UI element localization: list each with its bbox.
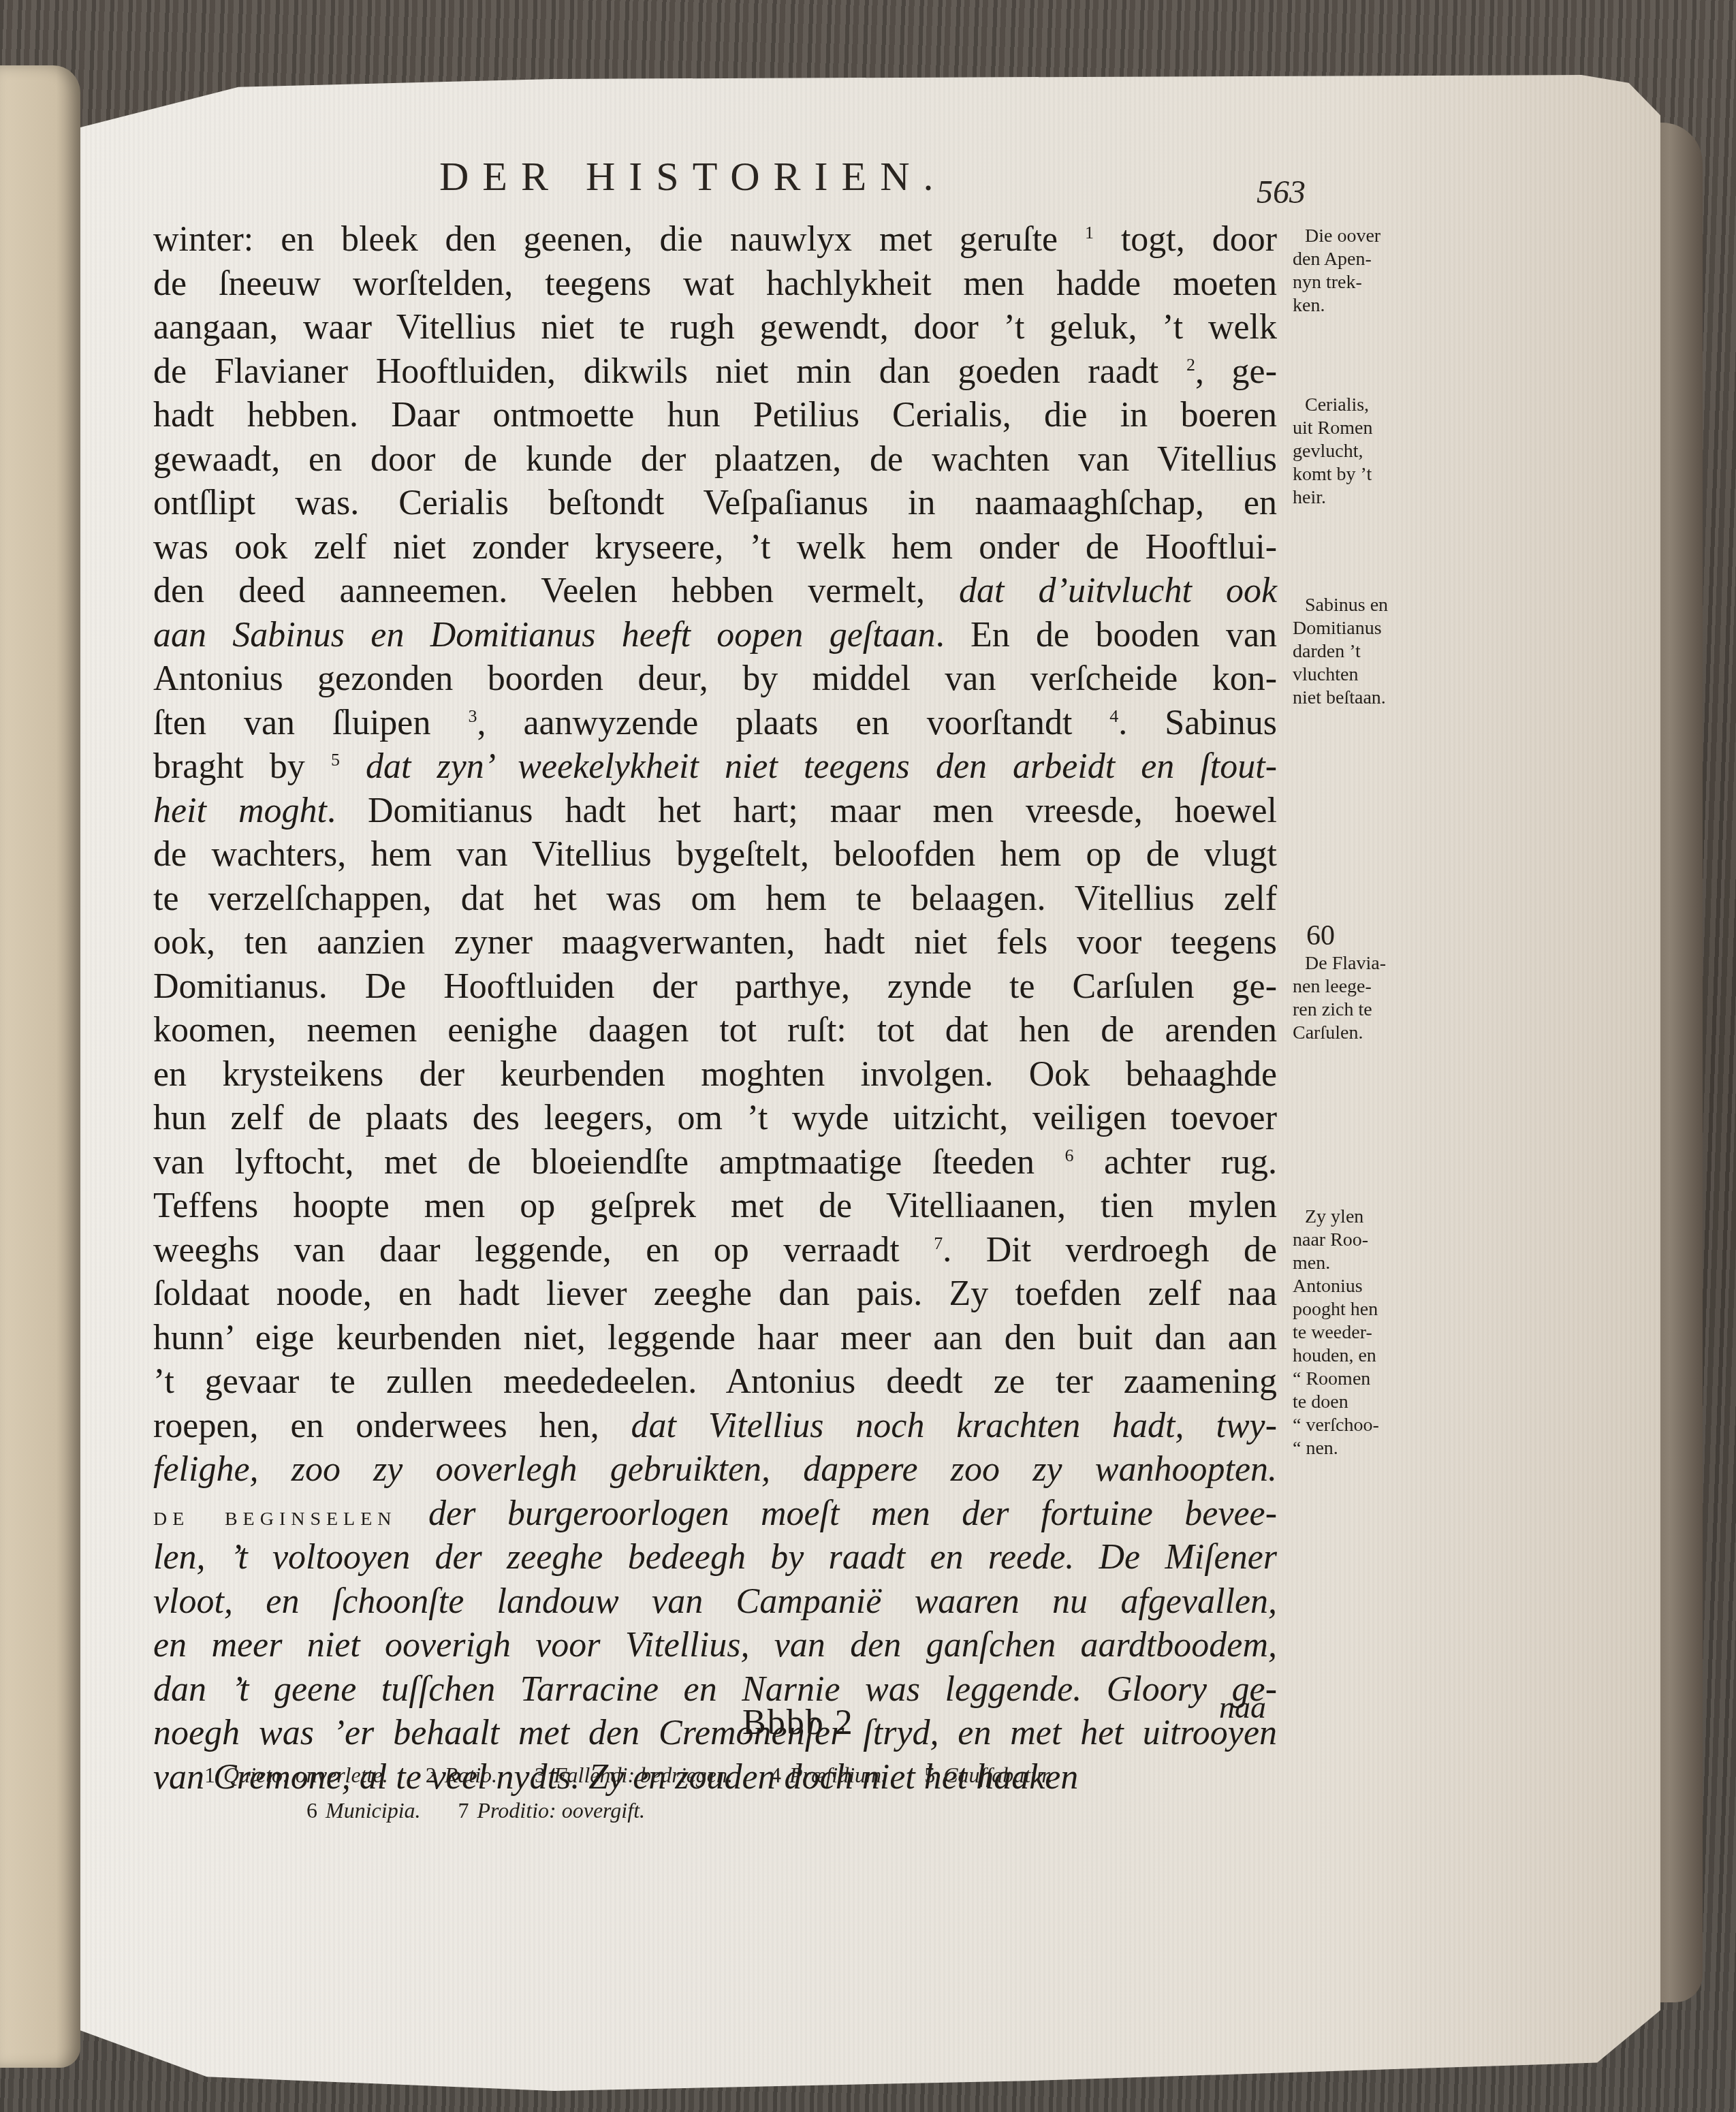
text-run: was ook zelf niet zonder kryseere, ’t we… — [153, 528, 1277, 567]
text-line: ook, ten aanzien zyner maagverwanten, ha… — [153, 921, 1277, 965]
text-run: len, ’t voltooyen der zeeghe bedeegh by … — [153, 1538, 1277, 1577]
text-run: achter rug. — [1074, 1143, 1277, 1182]
text-run: heit moght — [153, 791, 327, 830]
text-run: . En de booden van — [936, 616, 1277, 655]
margin-note: Cerialis,uit Romengevlucht,komt by ’thei… — [1293, 394, 1456, 509]
margin-note: Zy ylennaar Roo-men.Antoniuspooght hente… — [1293, 1205, 1456, 1460]
text-run: de Flavianer Hooftluiden, dikwils niet m… — [153, 352, 1186, 391]
text-line: Antonius gezonden boorden deur, by midde… — [153, 657, 1277, 702]
text-line: braght by 5 dat zyn’ weekelykheit niet t… — [153, 745, 1277, 789]
footnote-text: Municipia. — [326, 1798, 421, 1823]
text-run: de ſneeuw worſtelden, teegens wat hachly… — [153, 264, 1277, 303]
margin-note-line: vluchten — [1293, 663, 1456, 687]
text-run: felighe, zoo zy ooverlegh gebruikten, da… — [153, 1450, 1277, 1489]
text-run: braght by — [153, 747, 331, 786]
text-line: ſoldaat noode, en hadt liever zeeghe dan… — [153, 1272, 1277, 1317]
footnote-ref: 1 — [1085, 223, 1094, 242]
margin-note-line: niet beſtaan. — [1293, 687, 1456, 710]
footnote-text: Quieto: onverlette. — [223, 1763, 388, 1787]
text-run: ook, ten aanzien zyner maagverwanten, ha… — [153, 923, 1277, 962]
footnotes: 1Quieto: onverlette.2Ratio.3Fallendi: be… — [204, 1757, 1294, 1828]
margin-note: 60De Flavia-nen leege-ren zich teCarſule… — [1293, 919, 1456, 1045]
text-run: Domitianus. De Hooftluiden der parthye, … — [153, 967, 1277, 1006]
text-run: de wachters, hem van Vitellius bygeſtelt… — [153, 835, 1277, 874]
margin-note-line: heir. — [1293, 486, 1456, 509]
footnote-number: 2 — [426, 1763, 437, 1787]
footnote-ref: 4 — [1109, 706, 1118, 726]
text-run: hun zelf de plaats des leegers, om ’t wy… — [153, 1099, 1277, 1137]
margin-note-line: komt by ’t — [1293, 463, 1456, 486]
text-run: der burgeroorlogen moeſt men der fortuin… — [397, 1494, 1277, 1533]
text-run: ſten van ſluipen — [153, 704, 468, 742]
text-line: den deed aanneemen. Veelen hebben vermel… — [153, 569, 1277, 614]
text-run: dan ’t geene tuſſchen Tarracine en Narni… — [153, 1670, 1277, 1709]
footnote-ref: 7 — [934, 1233, 943, 1253]
text-line: felighe, zoo zy ooverlegh gebruikten, da… — [153, 1448, 1277, 1492]
footnote-number: 4 — [770, 1763, 781, 1787]
margin-note-line: Antonius — [1293, 1275, 1456, 1298]
text-line: en krysteikens der keurbenden moghten in… — [153, 1053, 1277, 1097]
footnote: 5Cauſſabatur. — [924, 1757, 1053, 1793]
margin-note-line: Zy ylen — [1293, 1205, 1456, 1229]
text-line: hunn’ eige keurbenden niet, leggende haa… — [153, 1317, 1277, 1361]
text-run: , ge- — [1195, 352, 1277, 391]
footnote-text: Proditio: oovergift. — [477, 1798, 645, 1823]
body-text: winter: en bleek den geenen, die nauwlyx… — [153, 218, 1277, 1799]
text-run: Antonius gezonden boorden deur, by midde… — [153, 659, 1277, 698]
text-line: heit moght. Domitianus hadt het hart; ma… — [153, 789, 1277, 834]
text-run: hadt hebben. Daar ontmoette hun Petilius… — [153, 396, 1277, 435]
text-run: winter: en bleek den geenen, die nauwlyx… — [153, 220, 1085, 259]
footnote-ref: 5 — [331, 750, 340, 770]
text-line: de wachters, hem van Vitellius bygeſtelt… — [153, 833, 1277, 877]
text-line: was ook zelf niet zonder kryseere, ’t we… — [153, 526, 1277, 570]
footnote: 2Ratio. — [426, 1757, 497, 1793]
text-run: Teffens hoopte men op geſprek met de Vit… — [153, 1186, 1277, 1225]
chapter-number: 60 — [1293, 919, 1456, 952]
margin-note-line: “ Roomen — [1293, 1368, 1456, 1391]
text-run: vloot, en ſchoonſte landouw van Campanië… — [153, 1582, 1277, 1621]
text-run: dat zyn’ weekelykheit niet teegens den a… — [340, 747, 1277, 786]
text-run: ’t gevaar te zullen meededeelen. Antoniu… — [153, 1362, 1277, 1401]
text-run: dat Vitellius noch krachten hadt, twy- — [631, 1406, 1277, 1445]
margin-note-line: den Apen- — [1293, 248, 1456, 271]
text-run: aan Sabinus en Domitianus heeft oopen ge… — [153, 616, 936, 655]
footnote-number: 5 — [924, 1763, 935, 1787]
margin-note-line: Carſulen. — [1293, 1022, 1456, 1045]
text-line: hun zelf de plaats des leegers, om ’t wy… — [153, 1097, 1277, 1141]
text-line: weeghs van daar leggende, en op verraadt… — [153, 1229, 1277, 1273]
footnote-ref: 6 — [1065, 1146, 1074, 1165]
margin-note-line: nen leege- — [1293, 975, 1456, 998]
margin-note-line: ken. — [1293, 294, 1456, 317]
footnote: 4Præſidium. — [770, 1757, 887, 1793]
text-run: aangaan, waar Vitellius niet te rugh gew… — [153, 308, 1277, 347]
text-line: en meer niet ooverigh voor Vitellius, va… — [153, 1624, 1277, 1668]
text-line: dan ’t geene tuſſchen Tarracine en Narni… — [153, 1668, 1277, 1712]
margin-note-line: te weeder- — [1293, 1321, 1456, 1344]
text-line: noegh was ’er behaalt met den Cremonenſe… — [153, 1712, 1277, 1756]
margin-note-line: houden, en — [1293, 1344, 1456, 1368]
text-line: Teffens hoopte men op geſprek met de Vit… — [153, 1184, 1277, 1229]
text-line: winter: en bleek den geenen, die nauwlyx… — [153, 218, 1277, 262]
text-run: en krysteikens der keurbenden moghten in… — [153, 1055, 1277, 1094]
text-run: hunn’ eige keurbenden niet, leggende haa… — [153, 1319, 1277, 1357]
text-line: Domitianus. De Hooftluiden der parthye, … — [153, 965, 1277, 1009]
text-line: hadt hebben. Daar ontmoette hun Petilius… — [153, 394, 1277, 438]
text-line: ſten van ſluipen 3, aanwyzende plaats en… — [153, 702, 1277, 746]
footnote-ref: 3 — [468, 706, 477, 726]
footnote-number: 6 — [306, 1798, 317, 1823]
text-line: de ſneeuw worſtelden, teegens wat hachly… — [153, 262, 1277, 306]
text-line: vloot, en ſchoonſte landouw van Campanië… — [153, 1580, 1277, 1624]
text-run: togt, door — [1094, 220, 1277, 259]
margin-note-line: gevlucht, — [1293, 440, 1456, 463]
signature-mark: Bbbb 2 — [742, 1703, 854, 1743]
text-run: dat d’uitvlucht ook — [959, 571, 1277, 610]
margin-note-line: “ verſchoo- — [1293, 1414, 1456, 1437]
text-line: gewaadt, en door de kunde der plaatzen, … — [153, 438, 1277, 482]
margin-note-line: darden ’t — [1293, 640, 1456, 663]
margin-note-line: uit Romen — [1293, 417, 1456, 440]
text-line: koomen, neemen eenighe daagen tot ruſt: … — [153, 1009, 1277, 1053]
footnote: 3Fallendi: bedriegen. — [535, 1757, 733, 1793]
text-line: van lyftocht, met de bloeiendſte amptmaa… — [153, 1141, 1277, 1185]
footnote: 1Quieto: onverlette. — [204, 1757, 388, 1793]
text-run: en meer niet ooverigh voor Vitellius, va… — [153, 1626, 1277, 1665]
text-run: ſoldaat noode, en hadt liever zeeghe dan… — [153, 1274, 1277, 1313]
text-run: . Dit verdroegh de — [943, 1231, 1277, 1270]
footnotes-line-1: 1Quieto: onverlette.2Ratio.3Fallendi: be… — [204, 1757, 1294, 1793]
margin-note-line: Sabinus en — [1293, 594, 1456, 617]
footnote-text: Fallendi: bedriegen. — [554, 1763, 733, 1787]
margin-note-line: pooght hen — [1293, 1298, 1456, 1321]
text-run: de beginselen — [153, 1500, 397, 1531]
text-run: van lyftocht, met de bloeiendſte amptmaa… — [153, 1143, 1065, 1182]
footnote-text: Ratio. — [445, 1763, 497, 1787]
footnote-text: Præſidium. — [789, 1763, 887, 1787]
text-line: aangaan, waar Vitellius niet te rugh gew… — [153, 306, 1277, 350]
text-run: . Sabinus — [1118, 704, 1277, 742]
margin-note-line: ren zich te — [1293, 998, 1456, 1022]
text-line: te verzelſchappen, dat het was om hem te… — [153, 877, 1277, 921]
text-line: len, ’t voltooyen der zeeghe bedeegh by … — [153, 1536, 1277, 1580]
facing-left-page — [0, 65, 80, 2068]
page-number: 563 — [1257, 174, 1306, 211]
text-run: ontſlipt was. Cerialis beſtondt Veſpaſia… — [153, 484, 1277, 522]
text-run: gewaadt, en door de kunde der plaatzen, … — [153, 440, 1277, 479]
text-run: , aanwyzende plaats en voorſtandt — [477, 704, 1109, 742]
footnote-number: 3 — [535, 1763, 546, 1787]
margin-note: Sabinus enDomitianusdarden ’tvluchtennie… — [1293, 594, 1456, 710]
text-line: ontſlipt was. Cerialis beſtondt Veſpaſia… — [153, 482, 1277, 526]
margin-note: Die ooverden Apen-nyn trek-ken. — [1293, 225, 1456, 317]
footnote-text: Cauſſabatur. — [943, 1763, 1053, 1787]
footnote: 6Municipia. — [306, 1793, 421, 1828]
text-run: koomen, neemen eenighe daagen tot ruſt: … — [153, 1011, 1277, 1050]
footnote-number: 7 — [458, 1798, 469, 1823]
margin-note-line: Die oover — [1293, 225, 1456, 248]
margin-note-line: Cerialis, — [1293, 394, 1456, 417]
margin-note-line: De Flavia- — [1293, 952, 1456, 975]
footnote-ref: 2 — [1186, 355, 1195, 375]
text-run: den deed aanneemen. Veelen hebben vermel… — [153, 571, 959, 610]
text-run: noegh was ’er behaalt met den Cremonenſe… — [153, 1714, 1277, 1752]
text-run: . Domitianus hadt het hart; maar men vre… — [327, 791, 1277, 830]
text-run: roepen, en onderwees hen, — [153, 1406, 631, 1445]
text-line: de Flavianer Hooftluiden, dikwils niet m… — [153, 350, 1277, 394]
footnotes-line-2: 6Municipia.7Proditio: oovergift. — [204, 1793, 1294, 1828]
footnote-number: 1 — [204, 1763, 215, 1787]
margin-note-line: Domitianus — [1293, 617, 1456, 640]
margin-note-line: te doen — [1293, 1391, 1456, 1414]
text-run: weeghs van daar leggende, en op verraadt — [153, 1231, 934, 1270]
text-line: ’t gevaar te zullen meededeelen. Antoniu… — [153, 1360, 1277, 1404]
running-head: DER HISTORIEN. — [439, 153, 947, 200]
text-run: te verzelſchappen, dat het was om hem te… — [153, 879, 1277, 918]
text-line: roepen, en onderwees hen, dat Vitellius … — [153, 1404, 1277, 1449]
margin-note-line: men. — [1293, 1252, 1456, 1275]
margin-note-line: naar Roo- — [1293, 1229, 1456, 1252]
catchword: naa — [1219, 1689, 1266, 1725]
margin-note-line: nyn trek- — [1293, 271, 1456, 294]
footnote: 7Proditio: oovergift. — [458, 1793, 645, 1828]
text-line: de beginselen der burgeroorlogen moeſt m… — [153, 1492, 1277, 1536]
text-line: aan Sabinus en Domitianus heeft oopen ge… — [153, 614, 1277, 658]
margin-note-line: “ nen. — [1293, 1437, 1456, 1460]
